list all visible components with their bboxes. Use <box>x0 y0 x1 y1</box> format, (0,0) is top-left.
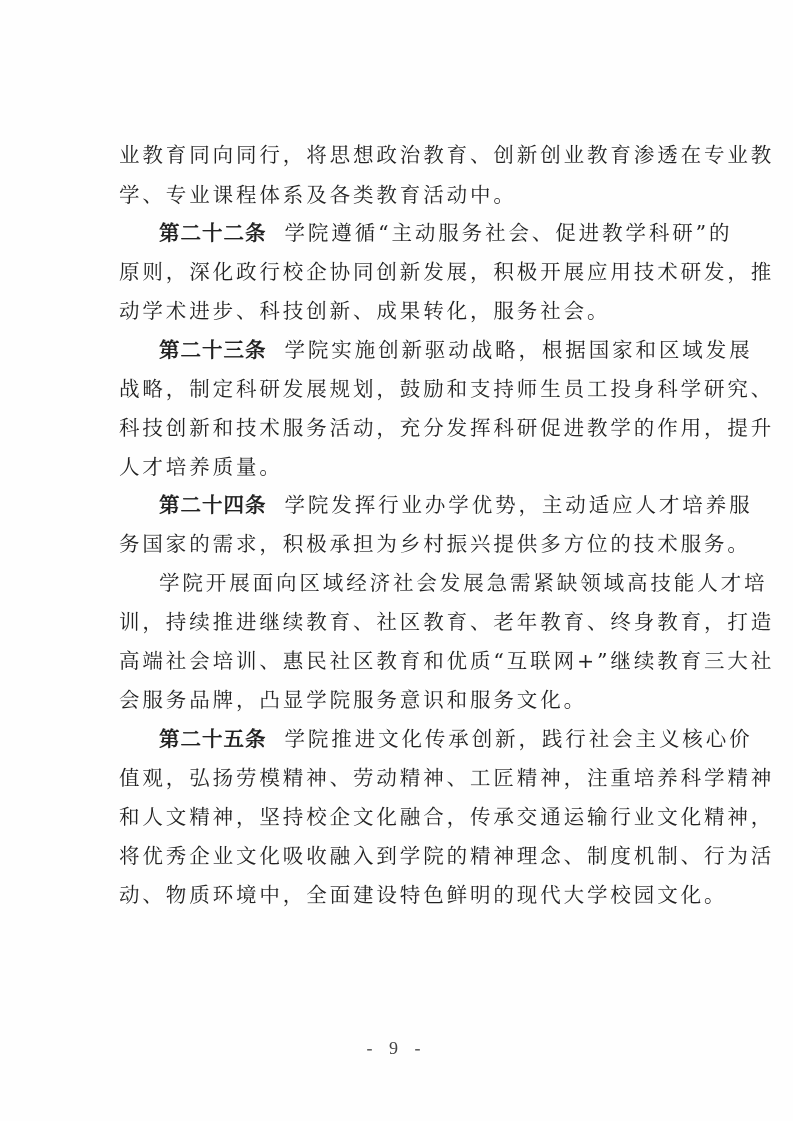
paragraph-line: 值观，弘扬劳模精神、劳动精神、工匠精神，注重培养科学精神 <box>119 763 684 793</box>
paragraph-line: 将优秀企业文化吸收融入到学院的精神理念、制度机制、行为活 <box>119 841 684 871</box>
line-text: 务国家的需求，积极承担为乡村振兴提供多方位的技术服务。 <box>119 532 751 556</box>
paragraph-line: 学、专业课程体系及各类教育活动中。 <box>119 180 684 210</box>
line-text: 高端社会培训、惠民社区教育和优质“互联网+”继续教育三大社 <box>119 649 774 673</box>
article-line: 第二十二条学院遵循“主动服务社会、促进教学科研”的 <box>159 218 684 248</box>
line-text: 学院推进文化传承创新，践行社会主义核心价 <box>285 727 753 751</box>
line-text: 将优秀企业文化吸收融入到学院的精神理念、制度机制、行为活 <box>119 844 774 868</box>
paragraph-line: 动学术进步、科技创新、成果转化，服务社会。 <box>119 296 684 326</box>
line-text: 科技创新和技术服务活动，充分发挥科研促进教学的作用，提升 <box>119 416 774 440</box>
article-line: 第二十四条学院发挥行业办学优势，主动适应人才培养服 <box>159 490 684 520</box>
line-text: 训，持续推进继续教育、社区教育、老年教育、终身教育，打造 <box>119 610 774 634</box>
line-text: 学、专业课程体系及各类教育活动中。 <box>119 183 517 207</box>
document-page: 业教育同向同行，将思想政治教育、创新创业教育渗透在专业教学、专业课程体系及各类教… <box>0 0 793 1121</box>
paragraph-line: 务国家的需求，积极承担为乡村振兴提供多方位的技术服务。 <box>119 529 684 559</box>
line-text: 原则，深化政行校企协同创新发展，积极开展应用技术研发，推 <box>119 260 774 284</box>
paragraph-line: 原则，深化政行校企协同创新发展，积极开展应用技术研发，推 <box>119 257 684 287</box>
paragraph-line: 战略，制定科研发展规划，鼓励和支持师生员工投身科学研究、 <box>119 374 684 404</box>
paragraph-line: 动、物质环境中，全面建设特色鲜明的现代大学校园文化。 <box>119 880 684 910</box>
article-line: 第二十三条学院实施创新驱动战略，根据国家和区域发展 <box>159 335 684 365</box>
line-text: 学院实施创新驱动战略，根据国家和区域发展 <box>285 338 753 362</box>
line-text: 动学术进步、科技创新、成果转化，服务社会。 <box>119 299 610 323</box>
article-line: 第二十五条学院推进文化传承创新，践行社会主义核心价 <box>159 724 684 754</box>
article-heading: 第二十四条 <box>159 493 267 517</box>
paragraph-line: 会服务品牌，凸显学院服务意识和服务文化。 <box>119 685 684 715</box>
line-text: 学院开展面向区域经济社会发展急需紧缺领域高技能人才培 <box>159 571 767 595</box>
line-text: 战略，制定科研发展规划，鼓励和支持师生员工投身科学研究、 <box>119 377 774 401</box>
article-heading: 第二十五条 <box>159 727 267 751</box>
line-text: 会服务品牌，凸显学院服务意识和服务文化。 <box>119 688 587 712</box>
line-text: 学院遵循“主动服务社会、促进教学科研”的 <box>285 221 733 245</box>
line-text: 动、物质环境中，全面建设特色鲜明的现代大学校园文化。 <box>119 883 727 907</box>
line-text: 值观，弘扬劳模精神、劳动精神、工匠精神，注重培养科学精神 <box>119 766 774 790</box>
line-text: 业教育同向同行，将思想政治教育、创新创业教育渗透在专业教 <box>119 143 774 167</box>
paragraph-line: 训，持续推进继续教育、社区教育、老年教育、终身教育，打造 <box>119 607 684 637</box>
paragraph-line: 高端社会培训、惠民社区教育和优质“互联网+”继续教育三大社 <box>119 646 684 676</box>
paragraph-line: 和人文精神，坚持校企文化融合，传承交通运输行业文化精神， <box>119 802 684 832</box>
line-text: 人才培养质量。 <box>119 455 283 479</box>
line-text: 学院发挥行业办学优势，主动适应人才培养服 <box>285 493 753 517</box>
page-number: - 9 - <box>0 1038 793 1059</box>
article-heading: 第二十三条 <box>159 338 267 362</box>
line-text: 和人文精神，坚持校企文化融合，传承交通运输行业文化精神， <box>119 805 774 829</box>
paragraph-line: 业教育同向同行，将思想政治教育、创新创业教育渗透在专业教 <box>119 140 684 170</box>
paragraph-line: 学院开展面向区域经济社会发展急需紧缺领域高技能人才培 <box>159 568 684 598</box>
paragraph-line: 科技创新和技术服务活动，充分发挥科研促进教学的作用，提升 <box>119 413 684 443</box>
article-heading: 第二十二条 <box>159 221 267 245</box>
paragraph-line: 人才培养质量。 <box>119 452 684 482</box>
